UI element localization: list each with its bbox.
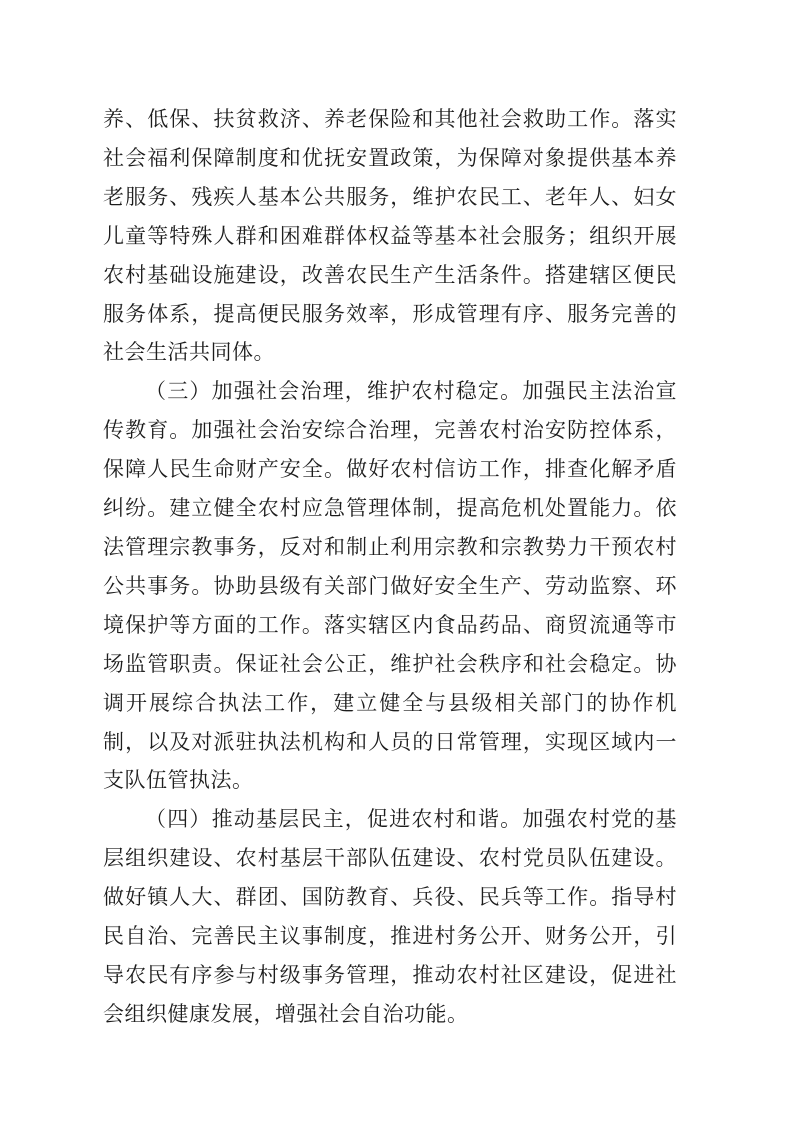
text-line: 社会福利保障制度和优抚安置政策，为保障对象提供基本养 [103,139,677,178]
text-line: 法管理宗教事务，反对和制止利用宗教和宗教势力干预农村 [103,528,677,567]
paragraph-item-three: （三）加强社会治理，维护农村稳定。加强民主法治宣 传教育。加强社会治安综合治理，… [103,372,677,800]
text-line: 公共事务。协助县级有关部门做好安全生产、劳动监察、环 [103,567,677,606]
text-line: 场监管职责。保证社会公正，维护社会秩序和社会稳定。协 [103,645,677,684]
text-line: 调开展综合执法工作，建立健全与县级相关部门的协作机 [103,684,677,723]
text-line: 制，以及对派驻执法机构和人员的日常管理，实现区域内一 [103,723,677,762]
text-line: 社会生活共同体。 [103,333,677,372]
text-line: 纠纷。建立健全农村应急管理体制，提高危机处置能力。依 [103,489,677,528]
text-line: 服务体系，提高便民服务效率，形成管理有序、服务完善的 [103,295,677,334]
text-line: （三）加强社会治理，维护农村稳定。加强民主法治宣 [103,372,677,411]
text-line: 做好镇人大、群团、国防教育、兵役、民兵等工作。指导村 [103,878,677,917]
text-line: 会组织健康发展，增强社会自治功能。 [103,995,677,1034]
text-line: 导农民有序参与村级事务管理，推动农村社区建设，促进社 [103,956,677,995]
text-line: 层组织建设、农村基层干部队伍建设、农村党员队伍建设。 [103,839,677,878]
paragraph-continuation: 养、低保、扶贫救济、养老保险和其他社会救助工作。落实 社会福利保障制度和优抚安置… [103,100,677,372]
text-line: 传教育。加强社会治安综合治理，完善农村治安防控体系， [103,411,677,450]
text-line: 保障人民生命财产安全。做好农村信访工作，排查化解矛盾 [103,450,677,489]
text-line: 老服务、残疾人基本公共服务，维护农民工、老年人、妇女 [103,178,677,217]
text-line: 农村基础设施建设，改善农民生产生活条件。搭建辖区便民 [103,256,677,295]
paragraph-item-four: （四）推动基层民主，促进农村和谐。加强农村党的基 层组织建设、农村基层干部队伍建… [103,800,677,1033]
text-line: 儿童等特殊人群和困难群体权益等基本社会服务；组织开展 [103,217,677,256]
document-text-block: 养、低保、扶贫救济、养老保险和其他社会救助工作。落实 社会福利保障制度和优抚安置… [103,100,677,1034]
text-line: （四）推动基层民主，促进农村和谐。加强农村党的基 [103,800,677,839]
text-line: 境保护等方面的工作。落实辖区内食品药品、商贸流通等市 [103,606,677,645]
text-line: 支队伍管执法。 [103,761,677,800]
text-line: 养、低保、扶贫救济、养老保险和其他社会救助工作。落实 [103,100,677,139]
document-page: 养、低保、扶贫救济、养老保险和其他社会救助工作。落实 社会福利保障制度和优抚安置… [0,0,793,1122]
text-line: 民自治、完善民主议事制度，推进村务公开、财务公开，引 [103,917,677,956]
